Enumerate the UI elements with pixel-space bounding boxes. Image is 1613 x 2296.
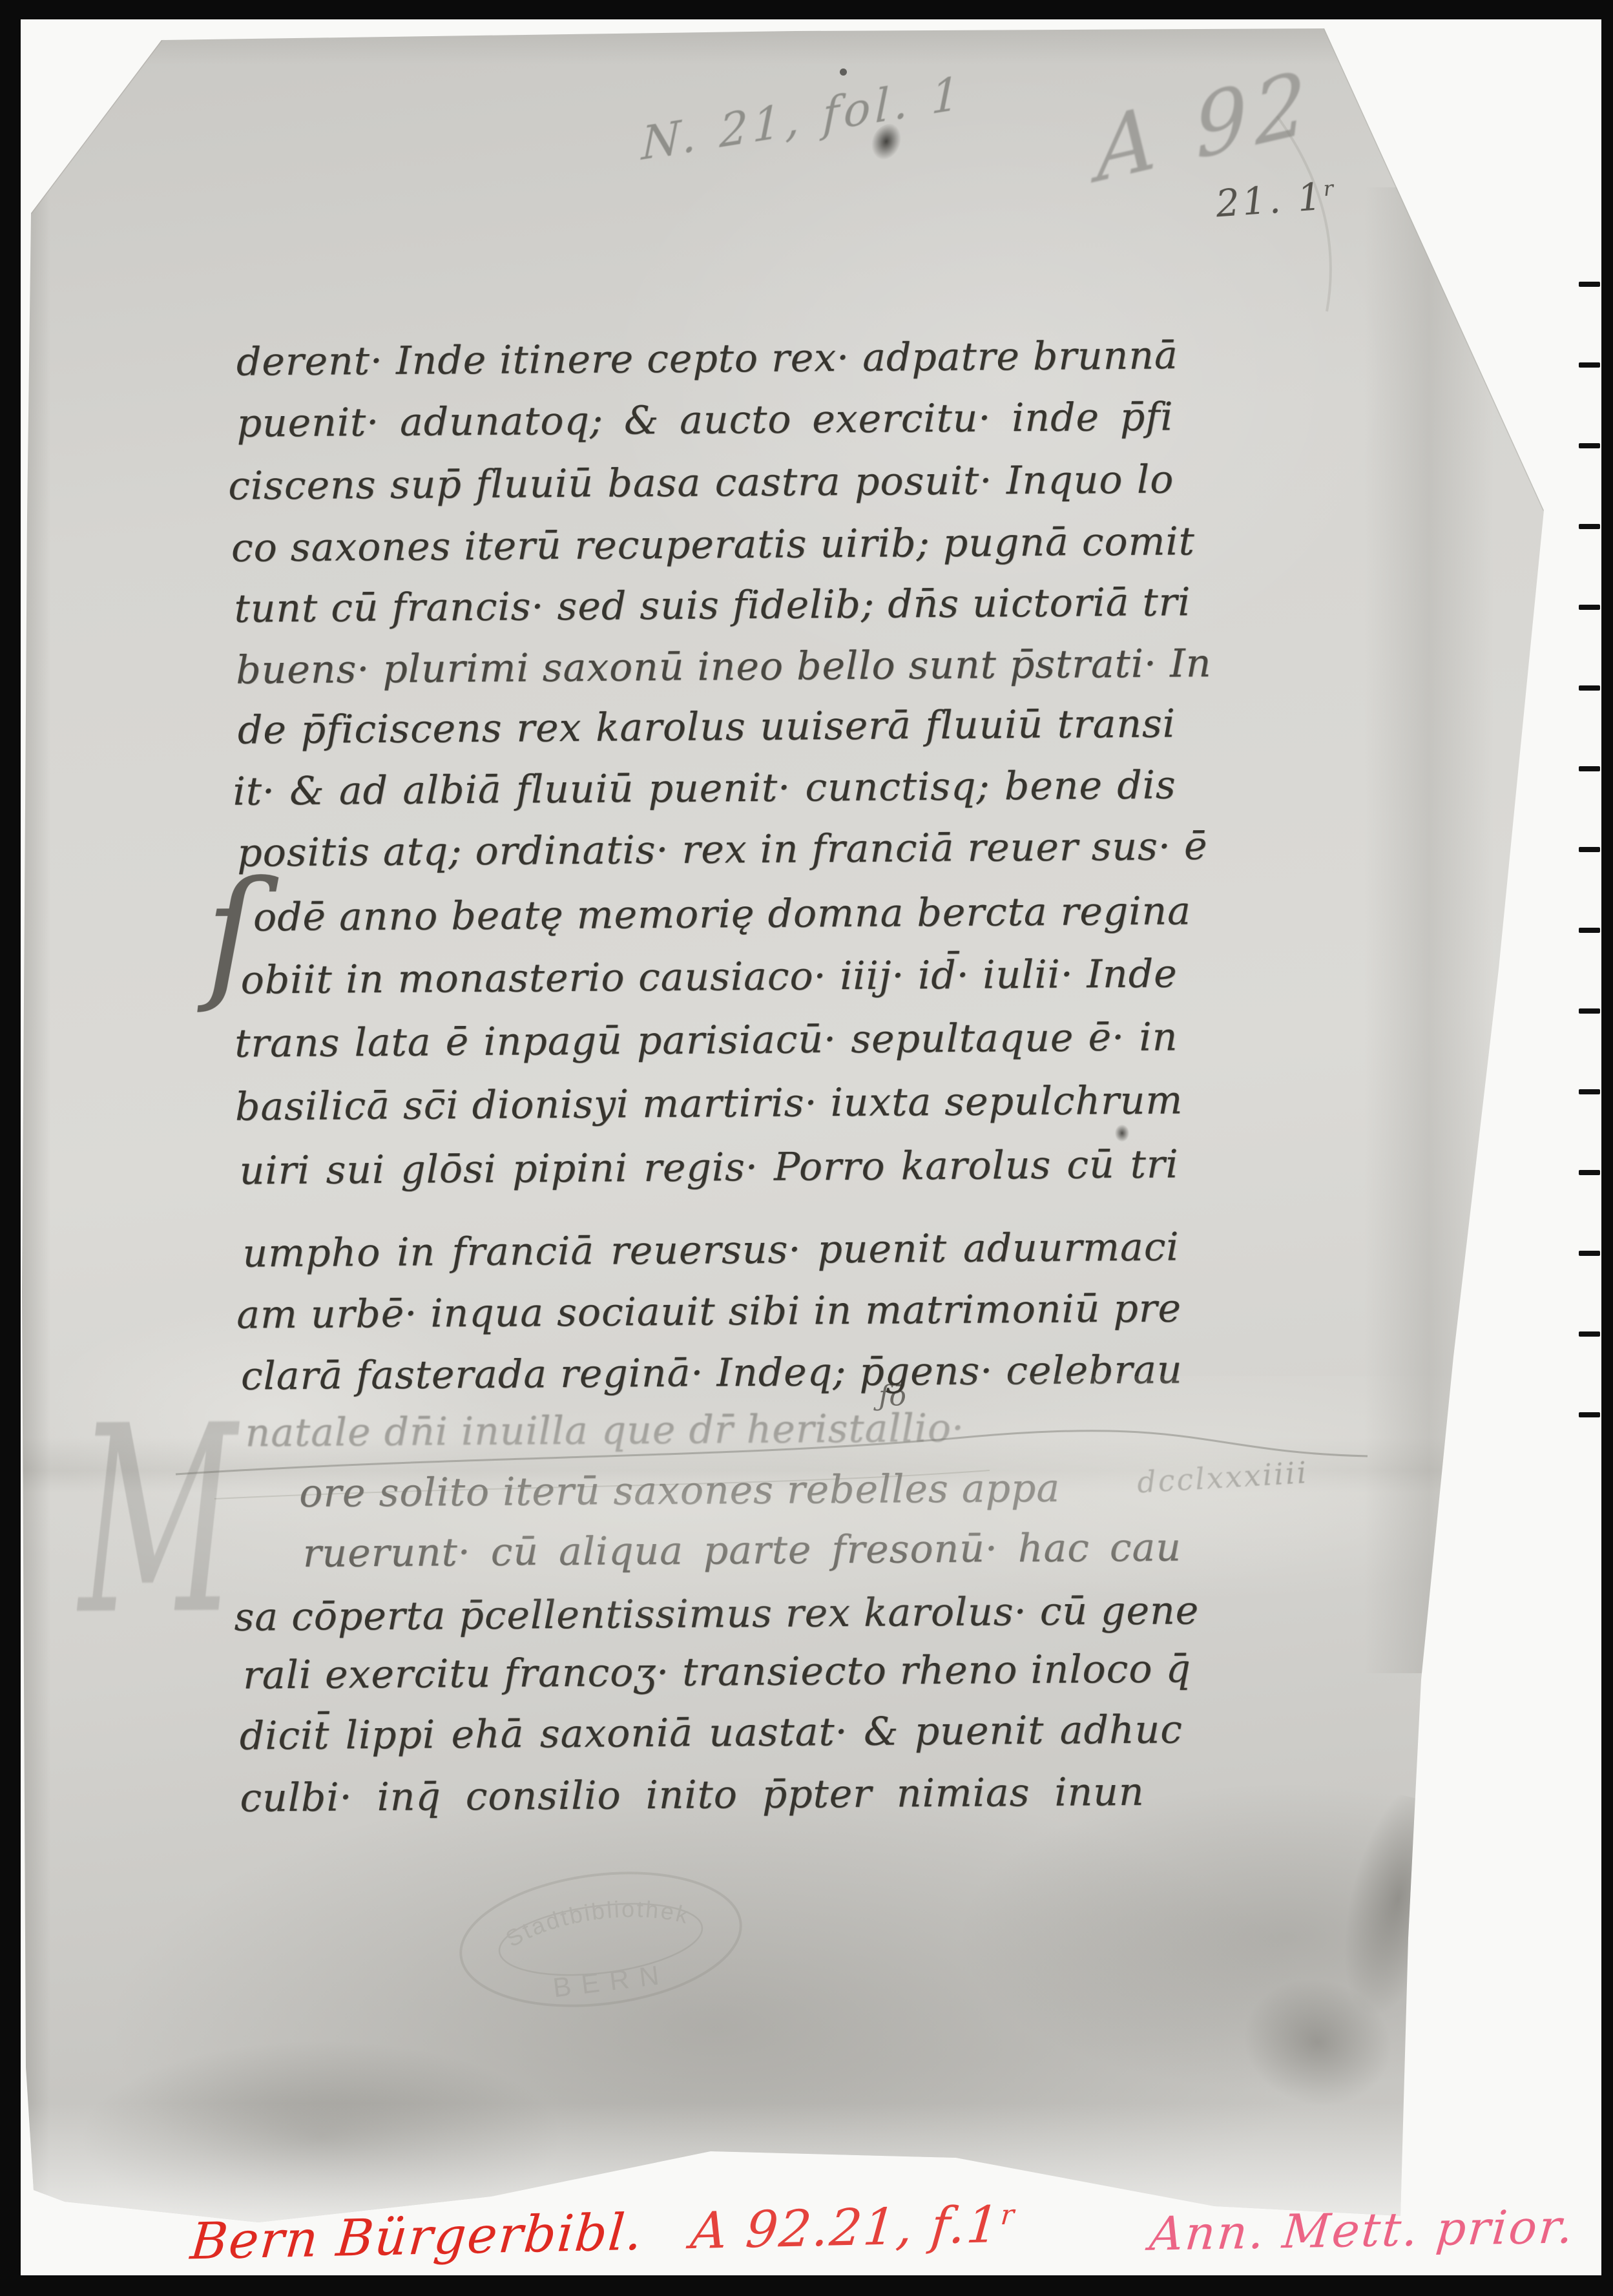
manuscript-line: derent· Inde itinere cepto rex· adpatre … — [236, 336, 1173, 381]
manuscript-line: rali exercitu francoʒ· transiecto rheno … — [243, 1649, 1182, 1695]
manuscript-line: dicit̄ lippi ehā saxoniā uastat· & pueni… — [240, 1710, 1183, 1755]
shelfmark-recto-mark: r — [999, 2199, 1017, 2232]
manuscript-line: odē anno beatę memorię domna bercta regi… — [253, 892, 1177, 937]
ruler-tick-mark — [1579, 928, 1600, 933]
library-name: Bern Bürgerbibl. — [188, 2204, 645, 2271]
ruler-ticks — [1579, 19, 1601, 2275]
manuscript-line: tunt cū francis· sed suis fidelib; dn̄s … — [234, 583, 1174, 628]
manuscript-line: uiri sui glōsi pipini regis· Porro karol… — [239, 1145, 1178, 1190]
svg-text:Stadtbibliothek: Stadtbibliothek — [499, 1886, 696, 1954]
stamp-arc-text: Stadtbibliothek — [499, 1886, 696, 1954]
manuscript-line: culbi· inq̄ consilio inito p̄pter nimias… — [240, 1773, 1144, 1818]
parchment-leaf: N. 21, fol. 1 A 92 21. 1r ſ M dcclxxxiii… — [21, 19, 1601, 2275]
photo-paper: N. 21, fol. 1 A 92 21. 1r ſ M dcclxxxiii… — [21, 19, 1601, 2275]
manuscript-line: ruerunt· cū aliqua parte fresonū· hac ca… — [303, 1528, 1181, 1572]
manuscript-line: ciscens sup̄ fluuiū basa castra posuit· … — [228, 460, 1174, 505]
ruler-tick-mark — [1579, 1331, 1600, 1337]
manuscript-line: co saxones iterū recuperatis uirib; pugn… — [231, 522, 1174, 567]
manuscript-line: buens· plurimi saxonū ineo bello sunt p̄… — [236, 644, 1175, 689]
photo-frame: N. 21, fol. 1 A 92 21. 1r ſ M dcclxxxiii… — [0, 0, 1613, 2296]
margin-year-annotation: dcclxxxiiii — [1136, 1457, 1309, 1498]
manuscript-line: umpho in franciā reuersus· puenit aduurm… — [242, 1227, 1179, 1273]
manuscript-line: puenit· adunatoq; & aucto exercitu· inde… — [236, 397, 1173, 443]
ruler-tick-mark — [1579, 847, 1600, 852]
manuscript-line: basilicā sc̄i dionisyi martiris· iuxta s… — [235, 1081, 1178, 1126]
fold-shadow — [1364, 187, 1493, 1673]
manuscript-line: it· & ad albiā fluuiū puenit· cunctisq; … — [233, 766, 1176, 811]
ruler-tick-mark — [1579, 685, 1600, 691]
manuscript-line: de p̄ficiscens rex karolus uuiserā fluui… — [238, 704, 1176, 749]
red-annotation-title: Ann. Mett. prior. — [1148, 2203, 1577, 2257]
manuscript-line: obiit in monasterio causiaco· iiij· id̄·… — [240, 954, 1177, 999]
manuscript-line: sa cōperta p̄cellentissimus rex karolus·… — [234, 1591, 1181, 1636]
ruler-tick-mark — [1579, 282, 1600, 287]
ruler-tick-mark — [1579, 362, 1600, 368]
drop-cap-initial: M — [78, 1392, 238, 1652]
manuscript-line: positis atq; ordinatis· rex in franciā r… — [237, 827, 1176, 872]
manuscript-line: clarā fasterada reginā· Indeq; p̄gens· c… — [241, 1350, 1180, 1395]
manuscript-line: natale dn̄i inuilla que dr̄ heristallio· — [245, 1409, 964, 1453]
manuscript-line: ore solito iterū saxones rebelles appa — [299, 1469, 1060, 1513]
stamp-center-text: BERN — [551, 1959, 671, 2003]
ruler-tick-mark — [1579, 766, 1600, 771]
ruler-tick-mark — [1579, 1089, 1600, 1094]
shelfmark-text: A 92.21, f.1 — [689, 2196, 1003, 2260]
red-annotation-shelfmark: A 92.21, f.1r — [689, 2196, 1017, 2261]
ruler-tick-mark — [1579, 524, 1600, 529]
ruler-tick-mark — [1579, 1170, 1600, 1175]
ruler-tick-mark — [1579, 1008, 1600, 1014]
manuscript-line: trans lata ē inpagū parisiacū· sepultaqu… — [234, 1018, 1178, 1063]
ruler-tick-mark — [1579, 443, 1600, 448]
ruler-tick-mark — [1579, 1412, 1600, 1417]
ruler-tick-mark — [1579, 1251, 1600, 1256]
manuscript-line: am urbē· inqua sociauit sibi in matrimon… — [236, 1289, 1180, 1334]
ruler-tick-mark — [1579, 605, 1600, 610]
